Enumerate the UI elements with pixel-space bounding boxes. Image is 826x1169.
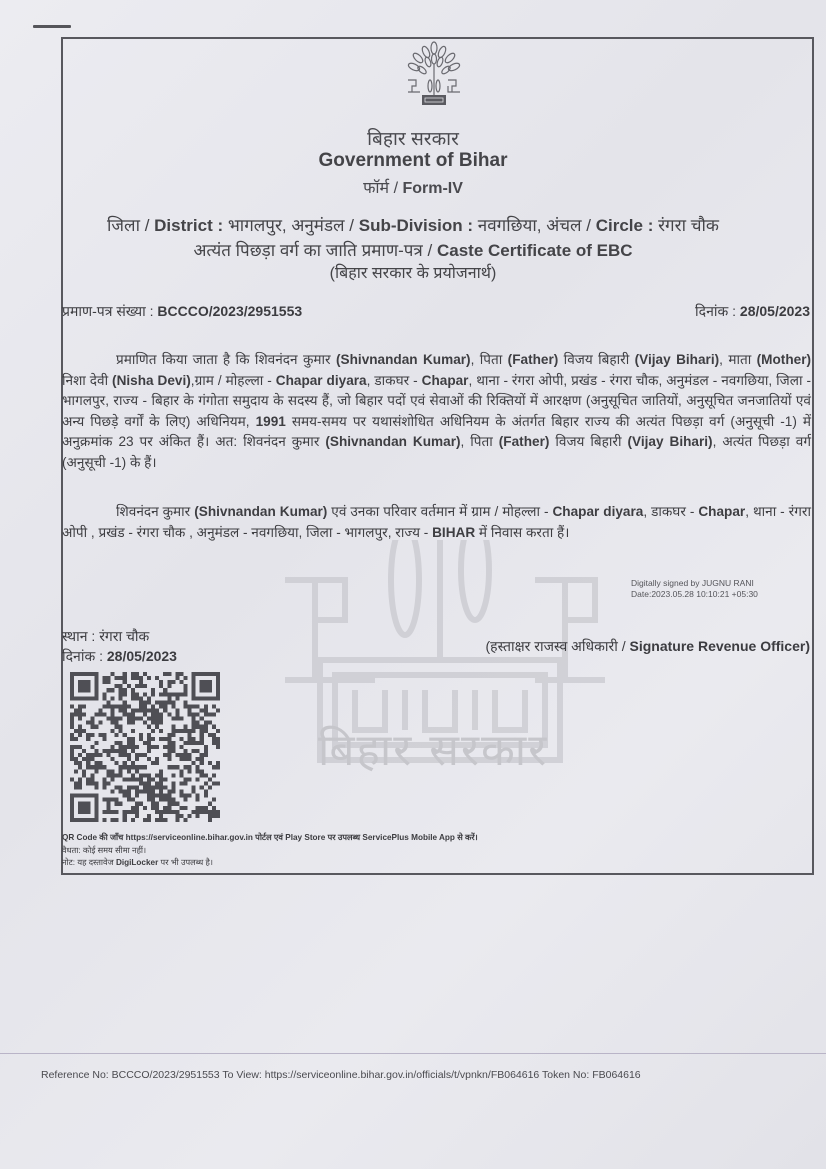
paragraph-text-run: (Shivnandan Kumar) <box>325 434 460 449</box>
subdivision-label: Sub-Division : <box>359 216 473 235</box>
paragraph-text-run: Chapar <box>698 504 745 519</box>
issue-details: स्थान : रंगरा चौक दिनांक : 28/05/2023 <box>62 626 177 666</box>
paragraph-text-run: (Mother) <box>757 352 811 367</box>
validity-note: वैधता: कोई समय सीमा नहीं। <box>62 845 478 858</box>
paragraph-text-run: , पिता <box>471 352 508 367</box>
scan-corner-mark <box>33 25 71 28</box>
paragraph-text-run: Chapar diyara <box>276 373 367 388</box>
paragraph-text-run: एवं उनका परिवार वर्तमान में ग्राम / मोहल… <box>327 504 552 519</box>
note-text: पर उपलब्ध <box>325 833 362 842</box>
form-number: फॉर्म / Form-IV <box>0 176 826 198</box>
certificate-title-hindi: अत्यंत पिछड़ा वर्ग का जाति प्रमाण-पत्र / <box>193 241 437 260</box>
certificate-number-label: प्रमाण-पत्र संख्या : <box>62 303 157 319</box>
footer-reference: Reference No: BCCCO/2023/2951553 To View… <box>41 1069 641 1081</box>
issue-date: दिनांक : 28/05/2023 <box>62 646 177 666</box>
certificate-date-value: 28/05/2023 <box>740 303 810 319</box>
paragraph-text-run: शिवनंदन कुमार <box>116 504 194 519</box>
signature-label-hindi: (हस्ताक्षर राजस्व अधिकारी / <box>486 638 630 654</box>
note-text: पोर्टल एवं <box>253 833 285 842</box>
paragraph-text-run: विजय बिहारी <box>558 352 634 367</box>
circle-label: Circle : <box>596 216 654 235</box>
paragraph-text-run: 1991 <box>256 414 286 429</box>
issue-place-value: रंगरा चौक <box>99 628 149 644</box>
paragraph-text-run: BIHAR <box>432 525 475 540</box>
paragraph-text-run: Chapar diyara <box>552 504 643 519</box>
verification-link[interactable]: https://serviceonline.bihar.gov.in <box>126 833 253 842</box>
watermark-text: बिहार सरकार <box>318 718 548 778</box>
issue-place-label: स्थान : <box>62 628 99 644</box>
signature-label: (हस्ताक्षर राजस्व अधिकारी / Signature Re… <box>486 637 811 656</box>
paragraph-text-run: (Vijay Bihari) <box>635 352 719 367</box>
digital-signature-signer: Digitally signed by JUGNU RANI <box>631 578 758 589</box>
paragraph-text-run: निशा देवी <box>62 373 112 388</box>
paragraph-text-run: (Vijay Bihari) <box>628 434 713 449</box>
district-label-hindi: जिला / <box>107 216 154 235</box>
note-text: Play Store <box>285 833 325 842</box>
issue-date-label: दिनांक : <box>62 648 107 664</box>
paragraph-text-run: विजय बिहारी <box>549 434 627 449</box>
certificate-title-english: Caste Certificate of EBC <box>437 241 633 260</box>
form-label-hindi: फॉर्म / <box>363 180 402 197</box>
circle-label-hindi: अंचल / <box>546 216 595 235</box>
qr-verification-note: QR Code की जाँच https://serviceonline.bi… <box>62 832 478 845</box>
note-text: नोट: यह दस्तावेज <box>62 858 116 867</box>
subdivision-value: नवगछिया, <box>473 216 546 235</box>
paragraph-text-run: ,ग्राम / मोहल्ला - <box>191 373 276 388</box>
government-title-hindi: बिहार सरकार <box>0 125 826 151</box>
paragraph-text-run: प्रमाणित किया जाता है कि शिवनंदन कुमार <box>116 352 336 367</box>
note-text: DigiLocker <box>116 858 158 867</box>
district-value: भागलपुर, <box>223 216 291 235</box>
footer-divider <box>0 1053 826 1054</box>
certificate-number-value: BCCCO/2023/2951553 <box>157 303 302 319</box>
paragraph-text-run: , डाकघर - <box>367 373 422 388</box>
issue-place: स्थान : रंगरा चौक <box>62 626 177 646</box>
note-text: ServicePlus Mobile App <box>362 833 455 842</box>
form-label-english: Form-IV <box>402 180 462 197</box>
note-text: QR Code की जाँच <box>62 833 126 842</box>
certificate-date-label: दिनांक : <box>695 303 740 319</box>
digital-signature-block: Digitally signed by JUGNU RANI Date:2023… <box>631 578 758 599</box>
paragraph-text-run: (Shivnandan Kumar) <box>336 352 471 367</box>
residence-paragraph: शिवनंदन कुमार (Shivnandan Kumar) एवं उनक… <box>62 502 811 543</box>
paragraph-text-run: में निवास करता हैं। <box>475 525 569 540</box>
subdivision-label-hindi: अनुमंडल / <box>291 216 358 235</box>
paragraph-text-run: (Shivnandan Kumar) <box>194 504 327 519</box>
issue-date-value: 28/05/2023 <box>107 648 177 664</box>
jurisdiction-line: जिला / District : भागलपुर, अनुमंडल / Sub… <box>0 213 826 236</box>
paragraph-text-run: (Father) <box>499 434 550 449</box>
paragraph-text-run: , पिता <box>461 434 499 449</box>
district-label: District : <box>154 216 223 235</box>
paragraph-text-run: , माता <box>719 352 757 367</box>
government-title-english: Government of Bihar <box>0 150 826 172</box>
digital-signature-date: Date:2023.05.28 10:10:21 +05:30 <box>631 589 758 600</box>
digilocker-note: नोट: यह दस्तावेज DigiLocker पर भी उपलब्ध… <box>62 857 478 870</box>
signature-label-english: Signature Revenue Officer) <box>630 638 811 654</box>
qr-code[interactable] <box>70 672 220 822</box>
bihar-emblem-icon <box>404 40 464 106</box>
note-text: से करें। <box>455 833 478 842</box>
circle-value: रंगरा चौक <box>653 216 719 235</box>
note-text: पर भी उपलब्ध है। <box>158 858 213 867</box>
paragraph-text-run: (Father) <box>508 352 559 367</box>
certification-paragraph: प्रमाणित किया जाता है कि शिवनंदन कुमार (… <box>62 350 811 473</box>
paragraph-text-run: , डाकघर - <box>643 504 698 519</box>
certificate-number: प्रमाण-पत्र संख्या : BCCCO/2023/2951553 <box>62 302 302 321</box>
verification-notes: QR Code की जाँच https://serviceonline.bi… <box>62 832 478 870</box>
paragraph-text-run: Chapar <box>422 373 469 388</box>
certificate-purpose: (बिहार सरकार के प्रयोजनार्थ) <box>0 261 826 283</box>
paragraph-text-run: (Nisha Devi) <box>112 373 191 388</box>
certificate-date: दिनांक : 28/05/2023 <box>695 302 810 321</box>
certificate-title: अत्यंत पिछड़ा वर्ग का जाति प्रमाण-पत्र /… <box>0 238 826 261</box>
